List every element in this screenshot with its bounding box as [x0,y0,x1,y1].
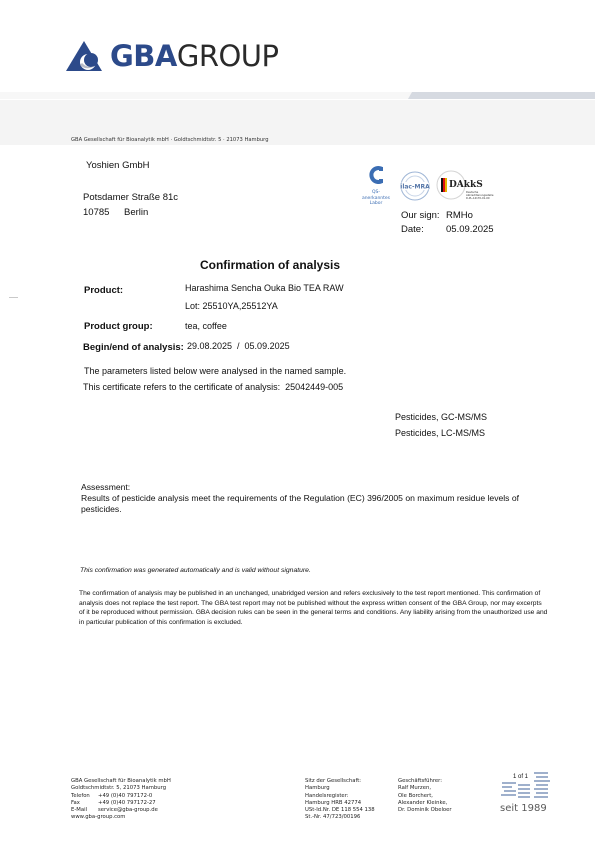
document-title: Confirmation of analysis [0,258,540,272]
logo-wordmark: GBAGROUP [110,41,279,71]
website-link[interactable]: www.gba-group.com [71,814,171,821]
date-value: 05.09.2025 [446,224,494,236]
certificate-reference: This certificate refers to the certifica… [83,382,343,393]
header-band-accent [408,92,595,99]
fax-number: +49 (0)40 797172-27 [98,800,156,806]
recipient-name: Yoshien GmbH [86,160,150,172]
analysis-period-label: Begin/end of analysis: [83,342,184,353]
product-group-value: tea, coffee [185,321,227,332]
analysis-period-value: 29.08.2025 / 05.09.2025 [187,341,290,352]
svg-text:D-PL-14170-01-00: D-PL-14170-01-00 [466,196,490,200]
phone-number[interactable]: +49 (0)40 797172-0 [98,793,152,799]
footer-registry: Sitz der Gesellschaft: Hamburg Handelsre… [305,778,375,822]
anniversary-logo: 1 of 1 seit 1989 [498,768,554,818]
fold-mark [9,297,18,298]
assessment-label: Assessment: [81,482,130,493]
product-group-label: Product group: [84,321,153,332]
auto-generated-note: This confirmation was generated automati… [80,566,311,577]
footer-managers: Geschäftsführer: Ralf Murzen, Ole Borche… [398,778,452,814]
dakks-logo-icon: DAkkS Deutsche Akkreditierungsstelle D-P… [436,170,494,202]
our-sign-value: RMHo [446,210,473,222]
footer-company: GBA Gesellschaft für Bioanalytik mbH Gol… [71,778,171,822]
ilac-mra-logo-icon: ilac-MRA [398,171,432,201]
gba-triangle-logo-icon [66,41,102,71]
sender-line: GBA Gesellschaft für Bioanalytik mbH · G… [71,137,269,143]
certification-logos: QS-anerkanntesLabor ilac-MRA DAkkS Deuts… [358,165,494,207]
gba-group-logo: GBAGROUP [66,40,279,72]
recipient-street: Potsdamer Straße 81c [83,192,178,204]
date-label: Date: [401,224,424,236]
product-label: Product: [84,285,123,296]
qs-certification: QS-anerkanntesLabor [358,165,394,207]
svg-text:DAkkS: DAkkS [449,180,483,190]
our-sign-label: Our sign: [401,210,440,222]
parameter-item: Pesticides, GC-MS/MS [395,412,487,423]
email-link[interactable]: service@gba-group.de [98,807,158,813]
recipient-zip: 10785 [83,207,109,219]
lot-value: Lot: 25510YA,25512YA [185,301,278,312]
parameters-note: The parameters listed below were analyse… [84,366,346,377]
disclaimer-text: The confirmation of analysis may be publ… [79,589,549,627]
page-indicator: 1 of 1 [512,774,529,780]
since-year: seit 1989 [500,803,547,814]
product-value: Harashima Sencha Ouka Bio TEA RAW [185,283,344,294]
qs-logo-icon [358,165,394,185]
parameter-item: Pesticides, LC-MS/MS [395,428,485,439]
recipient-city: Berlin [124,207,148,219]
assessment-text: Results of pesticide analysis meet the r… [81,493,561,514]
svg-text:ilac-MRA: ilac-MRA [400,183,430,190]
